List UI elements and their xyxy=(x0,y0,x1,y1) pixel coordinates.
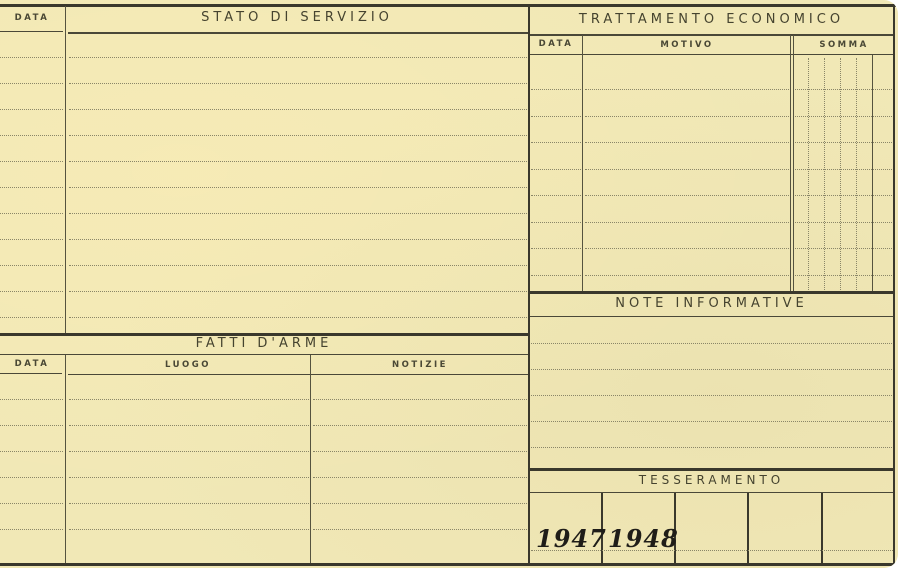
entry-line xyxy=(795,169,892,170)
entry-line xyxy=(531,421,892,422)
entry-line xyxy=(531,395,892,396)
column-divider xyxy=(65,355,66,563)
fatti-notizie-header: NOTIZIE xyxy=(312,360,528,370)
column-divider xyxy=(793,35,794,292)
divider xyxy=(0,373,62,374)
service-record-card: DATA STATO DI SERVIZIO FATTI D'ARME DATA… xyxy=(0,0,898,568)
entry-line xyxy=(69,477,309,478)
entry-line xyxy=(531,222,581,223)
section-divider xyxy=(530,291,893,294)
stato-data-header: DATA xyxy=(0,13,64,23)
entry-line xyxy=(69,529,309,530)
column-divider xyxy=(582,35,583,292)
entry-line xyxy=(69,265,527,266)
entry-line xyxy=(0,529,63,530)
entry-line xyxy=(0,399,63,400)
section-divider xyxy=(530,468,893,471)
somma-digit-guide xyxy=(840,58,841,290)
entry-line xyxy=(0,451,63,452)
entry-line xyxy=(69,239,527,240)
bottom-border xyxy=(0,563,898,566)
top-border xyxy=(0,4,898,7)
divider xyxy=(68,374,528,375)
divider xyxy=(0,354,528,355)
divider xyxy=(0,31,63,32)
entry-line xyxy=(313,425,527,426)
column-divider xyxy=(790,35,791,292)
cell-divider xyxy=(747,493,749,563)
entry-line xyxy=(0,135,63,136)
entry-line xyxy=(531,343,892,344)
entry-line xyxy=(585,142,789,143)
entry-line xyxy=(0,161,63,162)
trattamento-data-header: DATA xyxy=(530,39,582,49)
entry-line xyxy=(0,109,63,110)
entry-line xyxy=(69,135,527,136)
fatti-luogo-header: LUOGO xyxy=(66,360,310,370)
right-border xyxy=(893,4,895,564)
entry-line xyxy=(313,529,527,530)
divider xyxy=(68,32,528,34)
column-divider xyxy=(872,55,873,292)
fatti-d-arme-title: FATTI D'ARME xyxy=(0,336,528,351)
entry-line xyxy=(69,503,309,504)
entry-line xyxy=(531,248,581,249)
entry-line xyxy=(69,161,527,162)
entry-line xyxy=(0,291,63,292)
entry-line xyxy=(585,222,789,223)
entry-line xyxy=(585,248,789,249)
entry-line xyxy=(585,195,789,196)
divider xyxy=(530,492,893,493)
divider xyxy=(530,316,893,317)
entry-line xyxy=(69,399,309,400)
entry-line xyxy=(69,109,527,110)
entry-line xyxy=(795,248,892,249)
entry-line xyxy=(0,477,63,478)
entry-line xyxy=(0,239,63,240)
entry-line xyxy=(69,291,527,292)
entry-line xyxy=(313,477,527,478)
entry-line xyxy=(795,116,892,117)
entry-line xyxy=(531,89,581,90)
entry-line xyxy=(0,57,63,58)
somma-digit-guide xyxy=(824,58,825,290)
entry-line xyxy=(531,142,581,143)
note-informative-title: NOTE INFORMATIVE xyxy=(530,296,893,311)
entry-line xyxy=(0,317,63,318)
entry-line xyxy=(795,142,892,143)
entry-line xyxy=(69,317,527,318)
trattamento-somma-header: SOMMA xyxy=(795,40,893,50)
entry-line xyxy=(0,213,63,214)
trattamento-motivo-header: MOTIVO xyxy=(583,40,791,50)
entry-line xyxy=(69,451,309,452)
entry-line xyxy=(0,503,63,504)
entry-line xyxy=(585,89,789,90)
entry-line xyxy=(531,116,581,117)
column-divider xyxy=(65,6,66,333)
entry-line xyxy=(313,503,527,504)
fatti-data-header: DATA xyxy=(0,359,64,369)
entry-line xyxy=(531,195,581,196)
entry-line xyxy=(585,169,789,170)
stato-di-servizio-title: STATO DI SERVIZIO xyxy=(66,10,528,25)
entry-line xyxy=(0,83,63,84)
entry-line xyxy=(795,222,892,223)
entry-line xyxy=(531,369,892,370)
entry-line xyxy=(795,195,892,196)
entry-line xyxy=(69,425,309,426)
divider xyxy=(530,34,893,36)
entry-line xyxy=(313,451,527,452)
tessera-year-2[interactable]: 1948 xyxy=(608,524,679,553)
cell-divider xyxy=(821,493,823,563)
entry-line xyxy=(69,213,527,214)
entry-line xyxy=(0,425,63,426)
entry-line xyxy=(795,275,892,276)
somma-digit-guide xyxy=(856,58,857,290)
trattamento-economico-title: TRATTAMENTO ECONOMICO xyxy=(530,12,893,27)
tessera-year-1[interactable]: 1947 xyxy=(536,524,607,553)
entry-line xyxy=(585,116,789,117)
entry-line xyxy=(0,265,63,266)
tesseramento-title: TESSERAMENTO xyxy=(530,473,893,487)
entry-line xyxy=(531,447,892,448)
divider xyxy=(530,54,893,55)
entry-line xyxy=(531,275,581,276)
entry-line xyxy=(69,187,527,188)
entry-line xyxy=(531,169,581,170)
entry-line xyxy=(795,89,892,90)
entry-line xyxy=(585,275,789,276)
column-divider xyxy=(310,355,311,563)
entry-line xyxy=(0,187,63,188)
entry-line xyxy=(69,57,527,58)
entry-line xyxy=(69,83,527,84)
entry-line xyxy=(313,399,527,400)
somma-digit-guide xyxy=(808,58,809,290)
